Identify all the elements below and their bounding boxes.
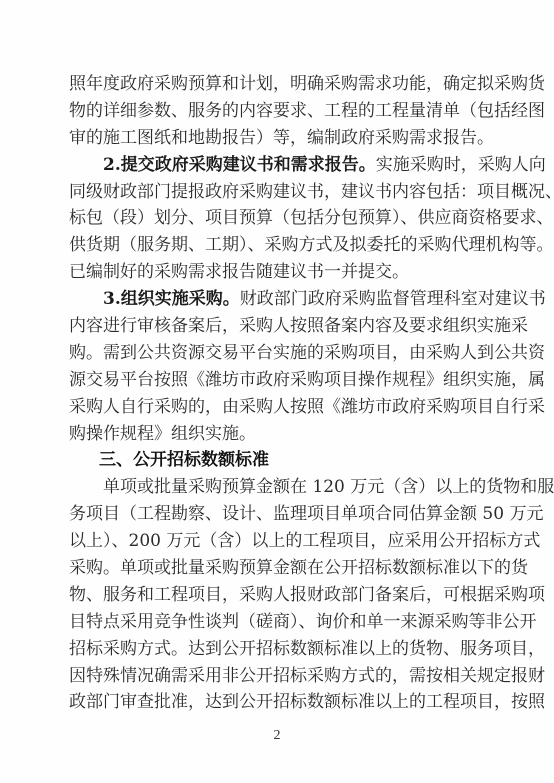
paragraph-first-line: 3.组织实施采购。财政部门政府采购监督管理科室对建议书	[69, 286, 485, 313]
text-line: 物的详细参数、服务的内容要求、工程的工程量清单（包括经图	[69, 98, 485, 125]
document-body: 照年度政府采购预算和计划，明确采购需求功能，确定拟采购货 物的详细参数、服务的内…	[69, 71, 485, 716]
paragraph-first-line: 单项或批量采购预算金额在 120 万元（含）以上的货物和服	[69, 474, 485, 501]
paragraph-first-line: 2.提交政府采购建议书和需求报告。实施采购时，采购人向	[69, 152, 485, 179]
text-line: 购操作规程》组织实施。	[69, 421, 485, 448]
text-run: 财政部门政府采购监督管理科室对建议书	[240, 289, 546, 309]
text-line: 照年度政府采购预算和计划，明确采购需求功能，确定拟采购货	[69, 71, 485, 98]
section-heading: 三、公开招标数额标准	[69, 447, 485, 474]
text-line: 目特点采用竞争性谈判（磋商）、询价和单一来源采购等非公开	[69, 609, 485, 636]
text-line: 物、服务和工程项目，采购人报财政部门备案后，可根据采购项	[69, 582, 485, 609]
text-line: 务项目（工程勘察、设计、监理项目单项合同估算金额 50 万元	[69, 501, 485, 528]
text-line: 供货期（服务期、工期）、采购方式及拟委托的采购代理机构等。	[69, 232, 485, 259]
text-line: 采购人自行采购的，由采购人按照《潍坊市政府采购项目自行采	[69, 394, 485, 421]
text-line: 因特殊情况确需采用非公开招标采购方式的，需按相关规定报财	[69, 663, 485, 690]
text-line: 招标采购方式。达到公开招标数额标准以上的货物、服务项目，	[69, 636, 485, 663]
text-line: 采购。单项或批量采购预算金额在公开招标数额标准以下的货	[69, 555, 485, 582]
text-line: 内容进行审核备案后，采购人按照备案内容及要求组织实施采	[69, 313, 485, 340]
text-line: 以上）、200 万元（含）以上的工程项目，应采用公开招标方式	[69, 528, 485, 555]
text-line: 源交易平台按照《潍坊市政府采购项目操作规程》组织实施，属	[69, 367, 485, 394]
item-2-title: 2.提交政府采购建议书和需求报告。	[103, 155, 376, 175]
text-line: 同级财政部门提报政府采购建议书，建议书内容包括：项目概况、	[69, 179, 485, 206]
text-line: 购。需到公共资源交易平台实施的采购项目，由采购人到公共资	[69, 340, 485, 367]
page-number: 2	[0, 728, 554, 744]
document-page: 照年度政府采购预算和计划，明确采购需求功能，确定拟采购货 物的详细参数、服务的内…	[0, 0, 554, 783]
text-line: 已编制好的采购需求报告随建议书一并提交。	[69, 259, 485, 286]
text-line: 标包（段）划分、项目预算（包括分包预算）、供应商资格要求、	[69, 205, 485, 232]
text-line: 审的施工图纸和地勘报告）等，编制政府采购需求报告。	[69, 125, 485, 152]
item-3-title: 3.组织实施采购。	[103, 289, 240, 309]
text-line: 政部门审查批准，达到公开招标数额标准以上的工程项目，按照	[69, 689, 485, 716]
text-run: 实施采购时，采购人向	[376, 155, 546, 175]
